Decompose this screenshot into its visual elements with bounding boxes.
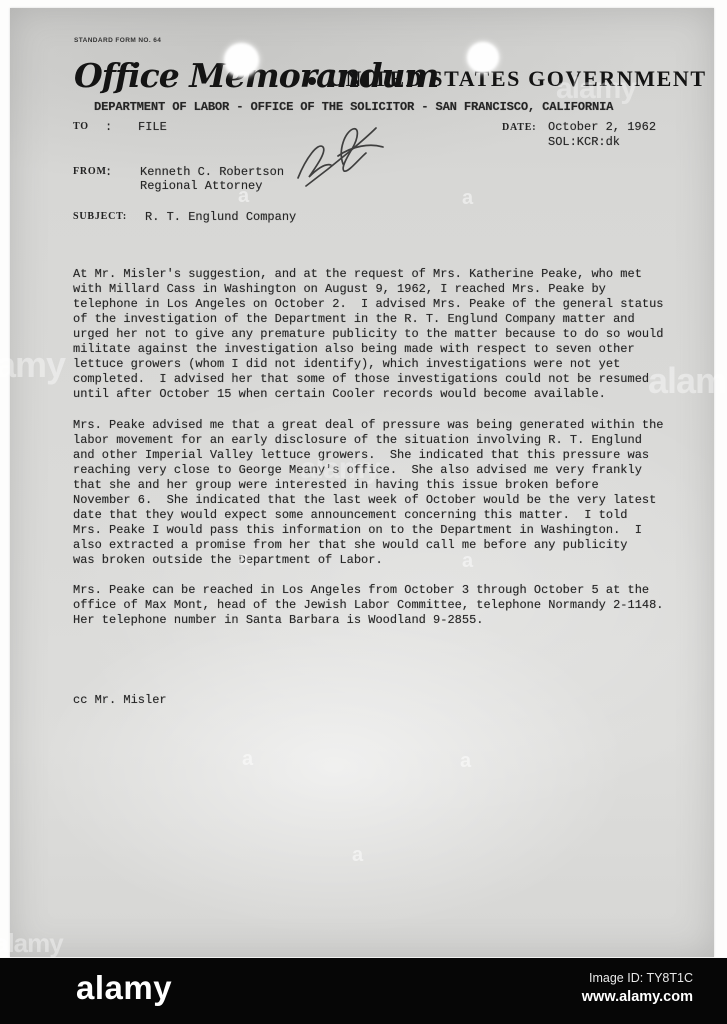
date-label: DATE: — [502, 122, 536, 133]
to-label: TO — [73, 121, 89, 132]
scanned-memo-page: STANDARD FORM NO. 64 Office Memorandum U… — [0, 0, 727, 1024]
alamy-footer-bar: alamy Image ID: TY8T1C www.alamy.com — [0, 958, 727, 1024]
reference-code: SOL:KCR:dk — [548, 135, 620, 149]
punch-hole — [224, 43, 259, 77]
date-value: October 2, 1962 — [548, 120, 656, 134]
from-colon: : — [105, 165, 112, 179]
from-name: Kenneth C. Robertson — [140, 165, 284, 179]
from-title: Regional Attorney — [140, 179, 262, 193]
subject-value: R. T. Englund Company — [145, 210, 296, 224]
body-paragraph-2: Mrs. Peake advised me that a great deal … — [73, 418, 693, 568]
government-title: UNITED STATES GOVERNMENT — [328, 66, 707, 92]
title-bullet-icon — [308, 77, 316, 85]
body-paragraph-3: Mrs. Peake can be reached in Los Angeles… — [73, 583, 693, 628]
subject-label: SUBJECT: — [73, 211, 127, 222]
memo-paper: STANDARD FORM NO. 64 Office Memorandum U… — [10, 8, 714, 957]
body-paragraph-1: At Mr. Misler's suggestion, and at the r… — [73, 267, 693, 402]
cc-line: cc Mr. Misler — [73, 693, 167, 707]
to-colon: : — [105, 120, 112, 134]
signature — [286, 118, 390, 190]
punch-hole — [467, 42, 499, 73]
alamy-logo: alamy — [76, 969, 172, 1007]
from-label: FROM — [73, 166, 107, 177]
department-line: DEPARTMENT OF LABOR - OFFICE OF THE SOLI… — [94, 100, 613, 114]
to-value: FILE — [138, 120, 167, 134]
alamy-website-text: www.alamy.com — [582, 987, 693, 1007]
image-id-text: Image ID: TY8T1C — [582, 969, 693, 987]
form-number-label: STANDARD FORM NO. 64 — [74, 37, 161, 44]
